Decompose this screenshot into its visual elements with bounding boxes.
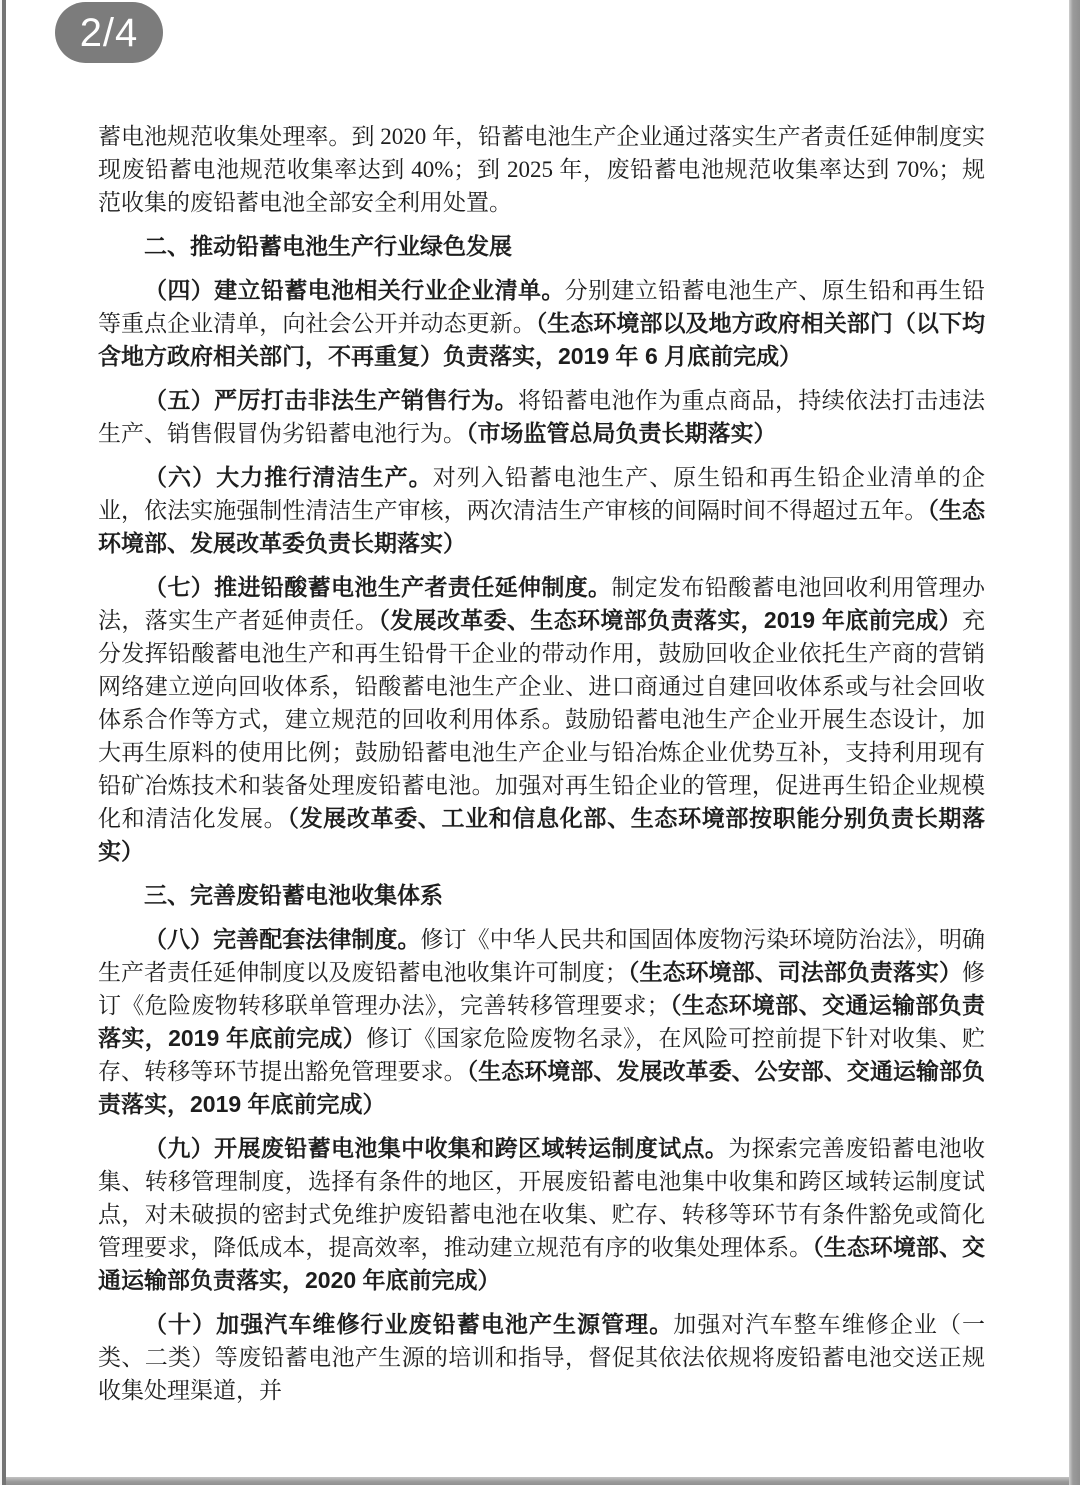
document-content: 蓄电池规范收集处理率。到 2020 年，铅蓄电池生产企业通过落实生产者责任延伸制…	[6, 0, 1069, 1407]
paragraph-item-6: （六）大力推行清洁生产。对列入铅蓄电池生产、原生铅和再生铅企业清单的企业，依法实…	[98, 461, 985, 560]
body-text: 蓄电池规范收集处理率。到 2020 年，铅蓄电池生产企业通过落实生产者责任延伸制…	[98, 124, 985, 215]
responsibility-note: （发展改革委、生态环境部负责落实，2019 年底前完成）	[378, 607, 962, 633]
item-title: （五）严厉打击非法生产销售行为。	[144, 387, 518, 413]
section-heading-2: 二、推动铅蓄电池生产行业绿色发展	[98, 230, 985, 263]
item-title: （四）建立铅蓄电池相关行业企业清单。	[144, 277, 565, 303]
page-indicator-text: 2/4	[80, 13, 139, 53]
item-title: （八）完善配套法律制度。	[144, 926, 421, 952]
body-text: 充分发挥铅酸蓄电池生产和再生铅骨干企业的带动作用，鼓励回收企业依托生产商的营销网…	[98, 608, 985, 831]
document-viewer: { "viewer": { "page_indicator": "2/4" },…	[0, 0, 1080, 1485]
heading-text: 二、推动铅蓄电池生产行业绿色发展	[144, 233, 512, 259]
paragraph-item-10: （十）加强汽车维修行业废铅蓄电池产生源管理。加强对汽车整车维修企业（一类、二类）…	[98, 1308, 985, 1407]
paragraph-item-9: （九）开展废铅蓄电池集中收集和跨区域转运制度试点。为探索完善废铅蓄电池收集、转移…	[98, 1132, 985, 1297]
paragraph-continuation: 蓄电池规范收集处理率。到 2020 年，铅蓄电池生产企业通过落实生产者责任延伸制…	[98, 120, 985, 219]
item-title: （七）推进铅酸蓄电池生产者责任延伸制度。	[144, 574, 611, 600]
page-left-edge-line	[2, 0, 6, 1485]
responsibility-note: （生态环境部、司法部负责落实）	[628, 959, 962, 985]
paragraph-item-7: （七）推进铅酸蓄电池生产者责任延伸制度。制定发布铅酸蓄电池回收利用管理办法，落实…	[98, 571, 985, 868]
item-title: （六）大力推行清洁生产。	[144, 464, 433, 490]
heading-text: 三、完善废铅蓄电池收集体系	[144, 882, 443, 908]
item-title: （九）开展废铅蓄电池集中收集和跨区域转运制度试点。	[144, 1135, 728, 1161]
viewer-gutter-bottom	[0, 1477, 1080, 1485]
viewer-gutter-right	[1069, 0, 1080, 1485]
paragraph-item-5: （五）严厉打击非法生产销售行为。将铅蓄电池作为重点商品，持续依法打击违法生产、销…	[98, 384, 985, 450]
section-heading-3: 三、完善废铅蓄电池收集体系	[98, 879, 985, 912]
item-title: （十）加强汽车维修行业废铅蓄电池产生源管理。	[144, 1311, 673, 1337]
paragraph-item-8: （八）完善配套法律制度。修订《中华人民共和国固体废物污染环境防治法》，明确生产者…	[98, 923, 985, 1121]
paragraph-item-4: （四）建立铅蓄电池相关行业企业清单。分别建立铅蓄电池生产、原生铅和再生铅等重点企…	[98, 274, 985, 373]
page-indicator-badge: 2/4	[55, 2, 163, 63]
document-page: 蓄电池规范收集处理率。到 2020 年，铅蓄电池生产企业通过落实生产者责任延伸制…	[6, 0, 1069, 1477]
responsibility-note: （市场监管总局负责长期落实）	[466, 420, 777, 446]
